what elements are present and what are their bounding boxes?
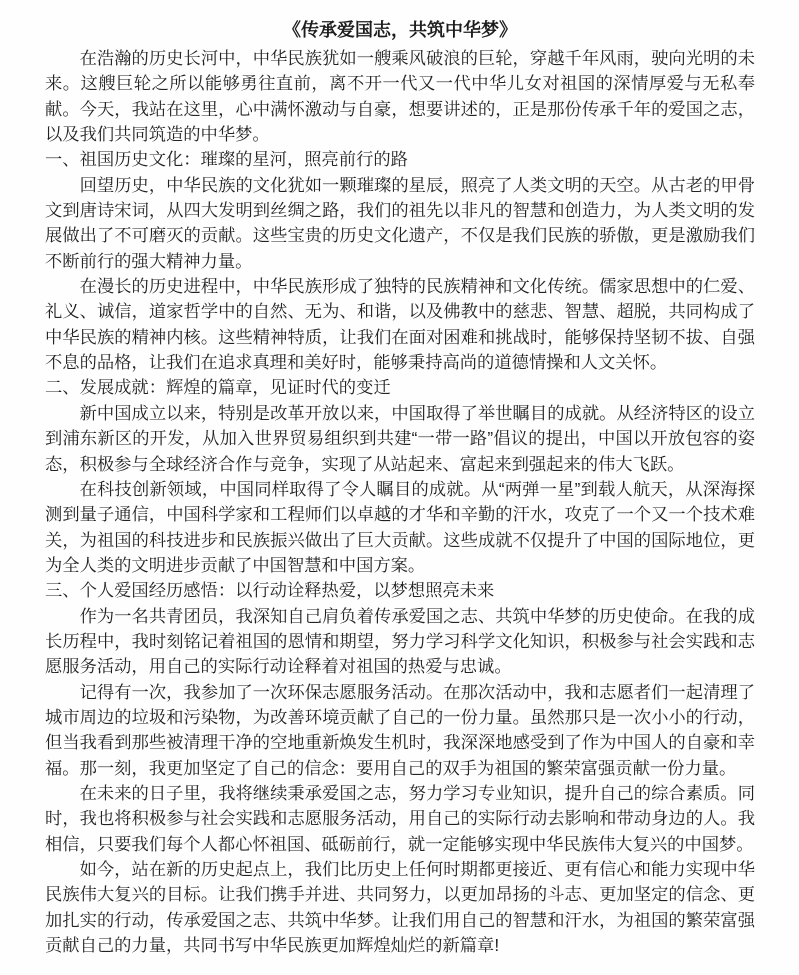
essay-title: 《传承爱国志，共筑中华梦》 (45, 18, 755, 42)
section-heading: 二、发展成就：辉煌的篇章，见证时代的变迁 (45, 375, 755, 400)
section-heading: 三、个人爱国经历感悟：以行动诠释热爱，以梦想照亮未来 (45, 578, 755, 603)
body-paragraph: 回望历史，中华民族的文化犹如一颗璀璨的星辰，照亮了人类文明的天空。从古老的甲骨文… (45, 173, 755, 274)
essay-page: 《传承爱国志，共筑中华梦》 在浩瀚的历史长河中，中华民族犹如一艘乘风破浪的巨轮，… (0, 0, 799, 975)
body-paragraph: 作为一名共青团员，我深知自己肩负着传承爱国之志、共筑中华梦的历史使命。在我的成长… (45, 604, 755, 680)
body-paragraph: 在科技创新领域，中国同样取得了令人瞩目的成就。从“两弹一星”到载人航天，从深海探… (45, 477, 755, 578)
body-paragraph: 在浩瀚的历史长河中，中华民族犹如一艘乘风破浪的巨轮，穿越千年风雨，驶向光明的未来… (45, 46, 755, 147)
body-paragraph: 新中国成立以来，特别是改革开放以来，中国取得了举世瞩目的成就。从经济特区的设立到… (45, 401, 755, 477)
body-paragraph: 如今，站在新的历史起点上，我们比历史上任何时期都更接近、更有信心和能力实现中华民… (45, 857, 755, 958)
section-heading: 一、祖国历史文化：璀璨的星河，照亮前行的路 (45, 147, 755, 172)
body-paragraph: 在未来的日子里，我将继续秉承爱国之志，努力学习专业知识，提升自己的综合素质。同时… (45, 781, 755, 857)
body-paragraph: 记得有一次，我参加了一次环保志愿服务活动。在那次活动中，我和志愿者们一起清理了城… (45, 680, 755, 781)
body-paragraph: 在漫长的历史进程中，中华民族形成了独特的民族精神和文化传统。儒家思想中的仁爱、礼… (45, 274, 755, 375)
essay-body: 在浩瀚的历史长河中，中华民族犹如一艘乘风破浪的巨轮，穿越千年风雨，驶向光明的未来… (45, 46, 755, 958)
